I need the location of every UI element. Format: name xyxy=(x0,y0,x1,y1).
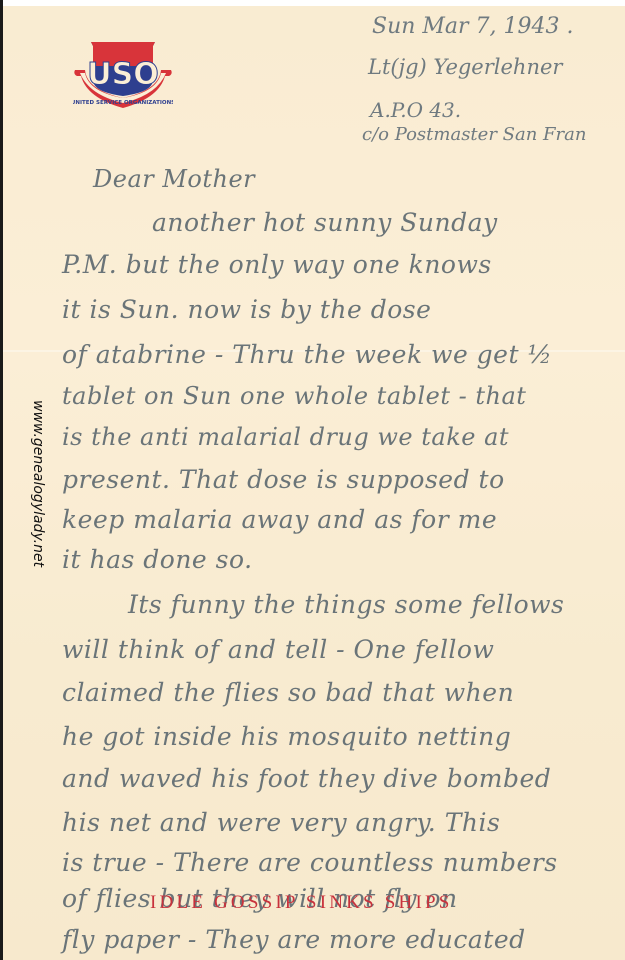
body-line: it is Sun. now is by the dose xyxy=(62,295,431,324)
body-line: it has done so. xyxy=(62,545,253,574)
body-line: tablet on Sun one whole tablet - that xyxy=(62,382,526,410)
body-line: is the anti malarial drug we take at xyxy=(62,423,509,451)
body-line: and waved his foot they dive bombed xyxy=(62,764,551,793)
body-line: will think of and tell - One fellow xyxy=(62,635,494,664)
sender-address: c/o Postmaster San Fran xyxy=(362,124,586,145)
uso-logo: USO UNITED SERVICE ORGANIZATIONS xyxy=(73,40,173,115)
sender-apo: A.P.O 43. xyxy=(370,98,461,122)
body-line: fly paper - They are more educated xyxy=(62,925,526,954)
body-line: P.M. but the only way one knows xyxy=(62,250,492,279)
body-line: he got inside his mosquito netting xyxy=(62,722,511,751)
body-line: of atabrine - Thru the week we get ½ xyxy=(62,340,552,369)
watermark-text: www.genealogylady.net xyxy=(30,400,46,567)
body-line: Its funny the things some fellows xyxy=(128,590,564,619)
body-line: his net and were very angry. This xyxy=(62,808,500,837)
uso-shield-icon: USO UNITED SERVICE ORGANIZATIONS xyxy=(73,40,173,115)
footer-slogan: IDLE GOSSIP SINKS SHIPS xyxy=(150,892,453,914)
scan-border-left xyxy=(0,0,3,960)
body-line: claimed the flies so bad that when xyxy=(62,678,514,707)
body-line: keep malaria away and as for me xyxy=(62,505,497,534)
svg-text:UNITED SERVICE ORGANIZATIONS: UNITED SERVICE ORGANIZATIONS xyxy=(73,100,173,106)
salutation: Dear Mother xyxy=(93,165,255,193)
watermark: www.genealogylady.net xyxy=(28,400,50,570)
body-line: another hot sunny Sunday xyxy=(152,208,498,237)
svg-text:USO: USO xyxy=(87,57,158,92)
sender-name: Lt(jg) Yegerlehner xyxy=(368,55,562,79)
body-line: is true - There are countless numbers xyxy=(62,848,558,877)
body-line: present. That dose is supposed to xyxy=(62,465,505,494)
letter-date: Sun Mar 7, 1943 . xyxy=(372,14,574,39)
